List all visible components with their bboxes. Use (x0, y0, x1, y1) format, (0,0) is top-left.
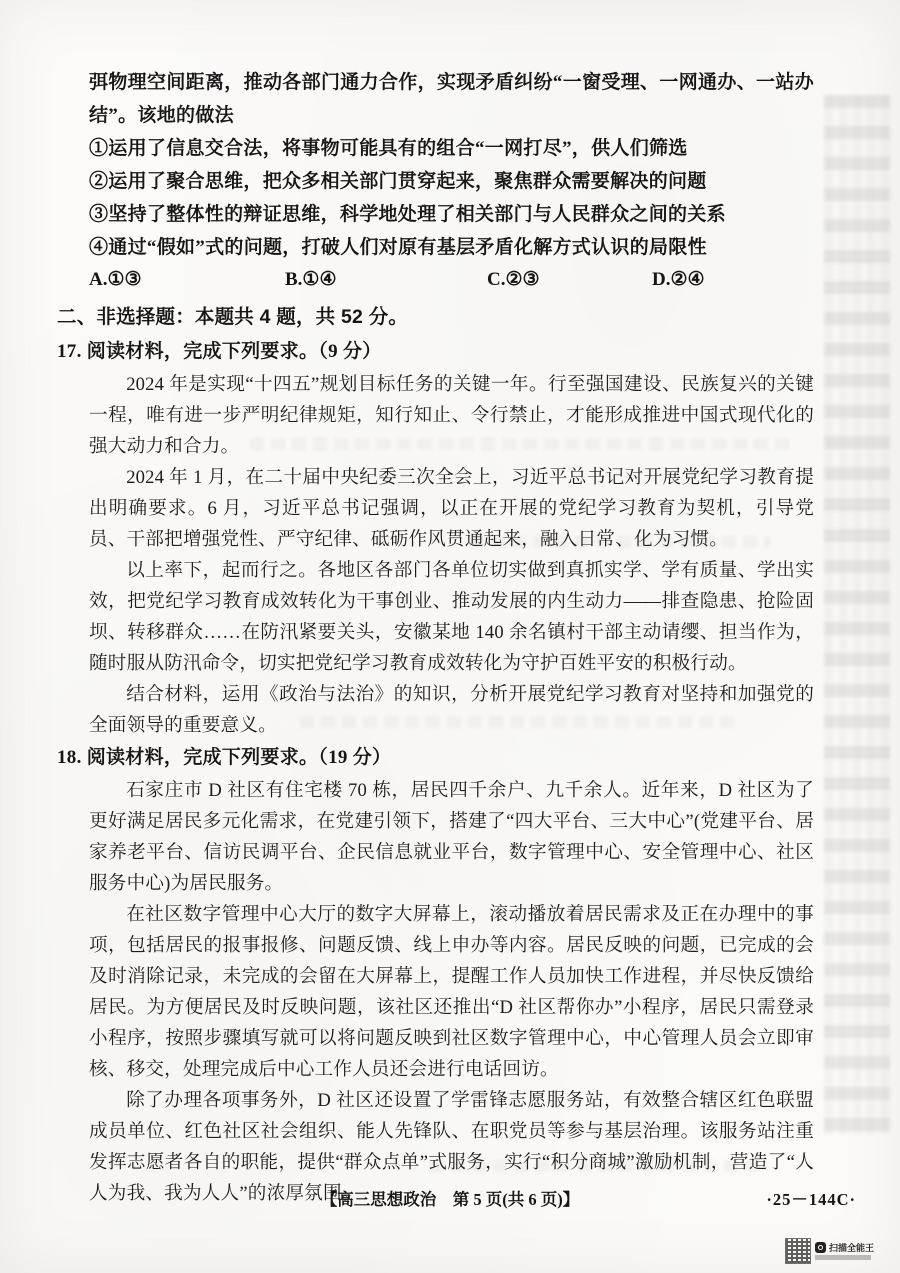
qr-code-icon (786, 1239, 810, 1263)
bleed-through-artifact (300, 716, 740, 728)
footer-paper-code: ·25－144C· (766, 1186, 856, 1210)
page-footer: 【高三思想政治 第 5 页(共 6 页)】 ·25－144C· (0, 1186, 900, 1212)
q18-heading: 18. 阅读材料，完成下列要求。（19 分） (57, 741, 814, 775)
bleed-through-artifact (824, 95, 890, 1135)
scanner-watermark: 扫描全能王 (786, 1239, 874, 1263)
camscanner-logo-icon (815, 1242, 826, 1253)
q16-statement-3: ③坚持了整体性的辩证思维，科学地处理了相关部门与人民群众之间的关系 (89, 198, 814, 231)
q18-paragraph-1: 石家庄市 D 社区有住宅楼 70 栋，居民四千余户、九千余人。近年来，D 社区为… (89, 775, 814, 899)
bleed-through-artifact (470, 536, 770, 548)
q17-paragraph-3: 以上率下，起而行之。各地区各部门各单位切实做到真抓实学、学有质量、学出实效，把党… (89, 555, 814, 679)
q17-heading: 17. 阅读材料，完成下列要求。（9 分） (57, 335, 814, 369)
q16-statement-2: ②运用了聚合思维，把众多相关部门贯穿起来，聚焦群众需要解决的问题 (89, 165, 814, 198)
bleed-through-artifact (430, 1160, 760, 1172)
q16-choice-b: B.①④ (285, 268, 337, 291)
q16-choices-row: A.①③ B.①④ C.②③ D.②④ (89, 264, 814, 298)
watermark-brand-text: 扫描全能王 (829, 1243, 874, 1253)
q18-paragraph-2: 在社区数字管理中心大厅的数字大屏幕上，滚动播放着居民需求及正在办理中的事项，包括… (89, 899, 814, 1085)
q16-statement-4: ④通过“假如”式的问题，打破人们对原有基层矛盾化解方式认识的局限性 (89, 231, 814, 264)
q16-choice-d: D.②④ (652, 268, 705, 291)
q17-task-paragraph: 结合材料，运用《政治与法治》的知识，分析开展党纪学习教育对坚持和加强党的全面领导… (89, 679, 814, 741)
page-body: 弭物理空间距离，推动各部门通力合作，实现矛盾纠纷“一窗受理、一网通办、一站办结”… (57, 66, 814, 1209)
footer-page-label: 【高三思想政治 第 5 页(共 6 页)】 (0, 1186, 900, 1210)
q16-statement-1: ①运用了信息交合法，将事物可能具有的组合“一网打尽”，供人们筛选 (89, 132, 814, 165)
section-2-header: 二、非选择题：本题共 4 题，共 52 分。 (57, 300, 814, 335)
q16-stem: 弭物理空间距离，推动各部门通力合作，实现矛盾纠纷“一窗受理、一网通办、一站办结”… (89, 66, 814, 132)
scanned-exam-page: 弭物理空间距离，推动各部门通力合作，实现矛盾纠纷“一窗受理、一网通办、一站办结”… (0, 0, 900, 1273)
watermark-tagline-smudge (815, 1255, 871, 1260)
q16-choice-c: C.②③ (487, 268, 540, 291)
bleed-through-artifact (250, 438, 790, 450)
q16-choice-a: A.①③ (89, 268, 142, 291)
